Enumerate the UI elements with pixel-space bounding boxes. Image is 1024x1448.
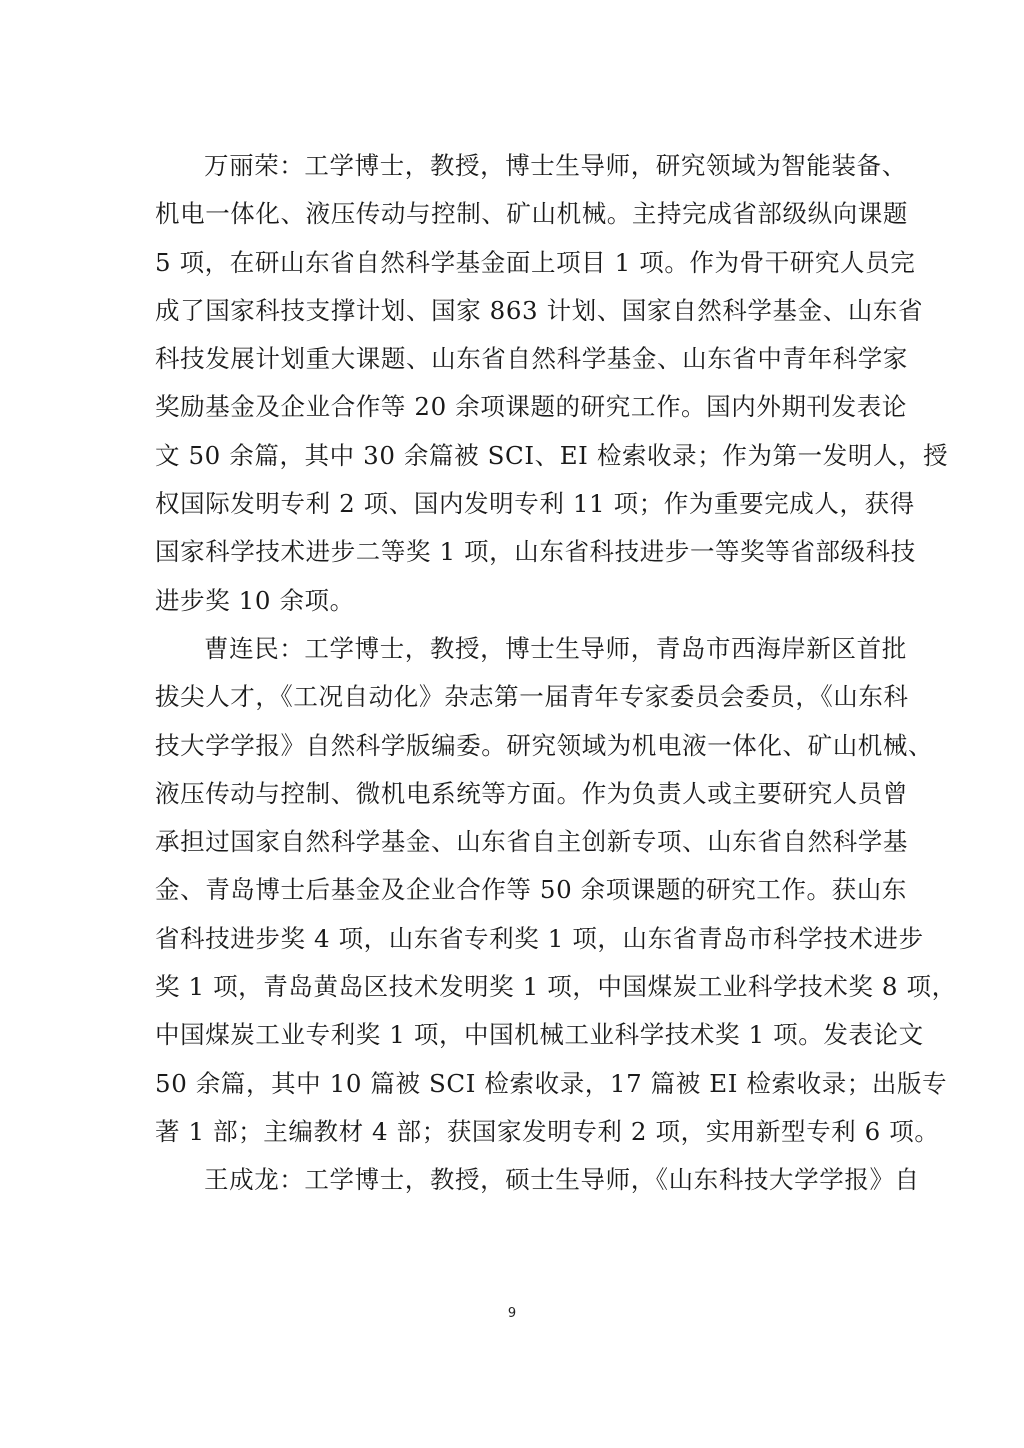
text-line: 承担过国家自然科学基金、山东省自主创新专项、山东省自然科学基 xyxy=(155,818,869,866)
text-line: 5 项，在研山东省自然科学基金面上项目 1 项。作为骨干研究人员完 xyxy=(155,239,869,287)
body-text: 万丽荣：工学博士，教授，博士生导师，研究领域为智能装备、 机电一体化、液压传动与… xyxy=(155,142,869,1205)
text-line: 国家科学技术进步二等奖 1 项，山东省科技进步一等奖等省部级科技 xyxy=(155,528,869,576)
text-line: 拔尖人才，《工况自动化》杂志第一届青年专家委员会委员，《山东科 xyxy=(155,673,869,721)
text-line: 王成龙：工学博士，教授，硕士生导师，《山东科技大学学报》自 xyxy=(155,1156,869,1204)
text-line: 机电一体化、液压传动与控制、矿山机械。主持完成省部级纵向课题 xyxy=(155,190,869,238)
text-line: 50 余篇，其中 10 篇被 SCI 检索收录，17 篇被 EI 检索收录；出版… xyxy=(155,1060,869,1108)
text-line: 科技发展计划重大课题、山东省自然科学基金、山东省中青年科学家 xyxy=(155,335,869,383)
text-line: 省科技进步奖 4 项，山东省专利奖 1 项，山东省青岛市科学技术进步 xyxy=(155,915,869,963)
text-line: 进步奖 10 余项。 xyxy=(155,577,869,625)
text-line: 著 1 部；主编教材 4 部；获国家发明专利 2 项，实用新型专利 6 项。 xyxy=(155,1108,869,1156)
page-number: 9 xyxy=(0,1306,1024,1321)
text-line: 权国际发明专利 2 项、国内发明专利 11 项；作为重要完成人，获得 xyxy=(155,480,869,528)
text-line: 液压传动与控制、微机电系统等方面。作为负责人或主要研究人员曾 xyxy=(155,770,869,818)
paragraph-bio-cao-lianmin: 曹连民：工学博士，教授，博士生导师，青岛市西海岸新区首批 拔尖人才，《工况自动化… xyxy=(155,625,869,1156)
text-line: 奖 1 项，青岛黄岛区技术发明奖 1 项，中国煤炭工业科学技术奖 8 项， xyxy=(155,963,869,1011)
text-line: 中国煤炭工业专利奖 1 项，中国机械工业科学技术奖 1 项。发表论文 xyxy=(155,1011,869,1059)
text-line: 金、青岛博士后基金及企业合作等 50 余项课题的研究工作。获山东 xyxy=(155,866,869,914)
text-line: 文 50 余篇，其中 30 余篇被 SCI、EI 检索收录；作为第一发明人，授 xyxy=(155,432,869,480)
document-page: 万丽荣：工学博士，教授，博士生导师，研究领域为智能装备、 机电一体化、液压传动与… xyxy=(0,0,1024,1448)
paragraph-bio-wan-lirong: 万丽荣：工学博士，教授，博士生导师，研究领域为智能装备、 机电一体化、液压传动与… xyxy=(155,142,869,625)
paragraph-bio-wang-chenglong: 王成龙：工学博士，教授，硕士生导师，《山东科技大学学报》自 xyxy=(155,1156,869,1204)
text-line: 奖励基金及企业合作等 20 余项课题的研究工作。国内外期刊发表论 xyxy=(155,383,869,431)
text-line: 技大学学报》自然科学版编委。研究领域为机电液一体化、矿山机械、 xyxy=(155,722,869,770)
text-line: 曹连民：工学博士，教授，博士生导师，青岛市西海岸新区首批 xyxy=(155,625,869,673)
text-line: 成了国家科技支撑计划、国家 863 计划、国家自然科学基金、山东省 xyxy=(155,287,869,335)
text-line: 万丽荣：工学博士，教授，博士生导师，研究领域为智能装备、 xyxy=(155,142,869,190)
